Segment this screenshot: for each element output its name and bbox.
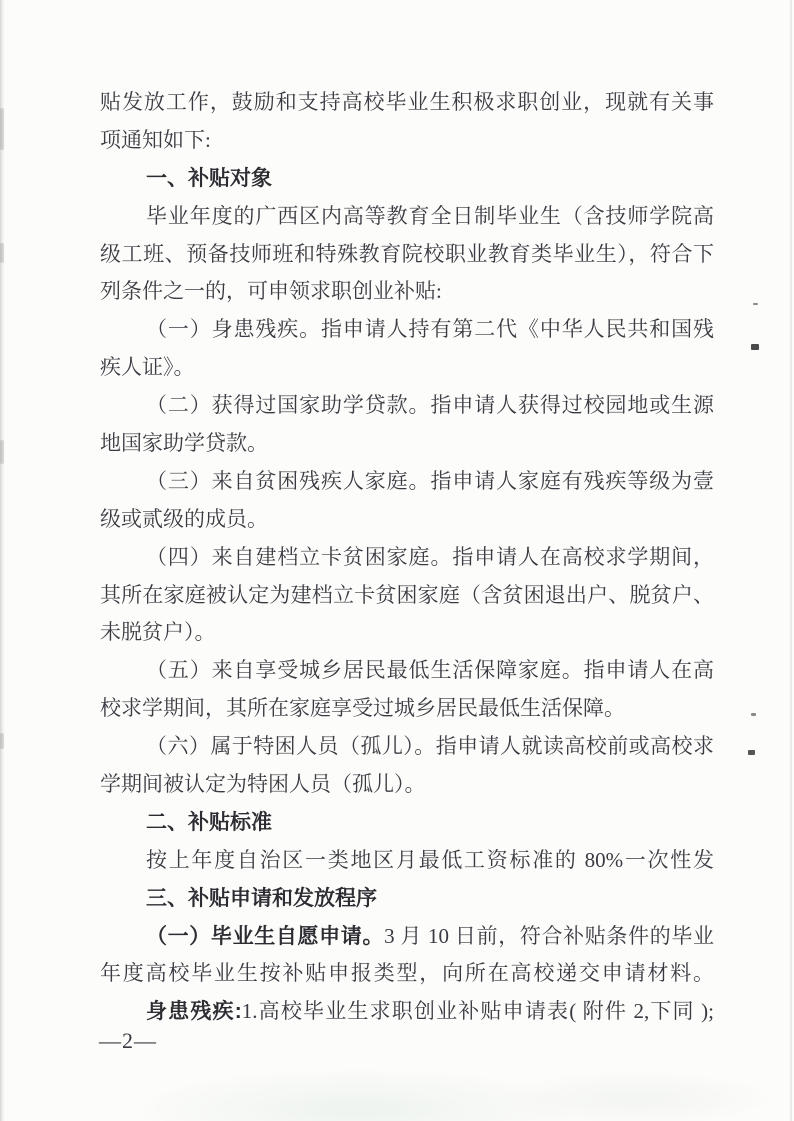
text-segment: 1.高校毕业生求职创业补贴申请表( 附件 2,下同 ); (242, 999, 714, 1023)
document-line: （一）身患残疾。指申请人持有第二代《中华人民共和国残 (100, 311, 714, 349)
scan-speck (751, 713, 756, 716)
document-line: 身患残疾:1.高校毕业生求职创业补贴申请表( 附件 2,下同 ); (100, 993, 714, 1031)
document-line: 毕业年度的广西区内高等教育全日制毕业生（含技师学院高 (100, 198, 714, 236)
text-segment: 其所在家庭被认定为建档立卡贫困家庭（含贫困退出户、脱贫户、 (100, 583, 714, 607)
document-line: （二）获得过国家助学贷款。指申请人获得过校园地或生源 (100, 387, 714, 425)
text-segment: （一）身患残疾。指申请人持有第二代《中华人民共和国残 (146, 317, 714, 341)
document-line: 疾人证》。 (100, 349, 714, 387)
document-line: （一）毕业生自愿申请。3 月 10 日前，符合补贴条件的毕业 (100, 918, 714, 956)
scan-edge-smudge (0, 243, 4, 263)
text-segment: （二）获得过国家助学贷款。指申请人获得过校园地或生源 (146, 393, 714, 417)
document-body: 贴发放工作，鼓励和支持高校毕业生积极求职创业，现就有关事项通知如下:一、补贴对象… (100, 84, 714, 1031)
text-segment: 校求学期间，其所在家庭享受过城乡居民最低生活保障。 (100, 696, 625, 720)
text-segment: 疾人证》。 (100, 355, 195, 379)
document-line: 一、补贴对象 (100, 160, 714, 198)
document-line: 校求学期间，其所在家庭享受过城乡居民最低生活保障。 (100, 690, 714, 728)
document-line: 学期间被认定为特困人员（孤儿）。 (100, 766, 714, 804)
text-segment: （六）属于特困人员（孤儿）。指申请人就读高校前或高校求 (146, 734, 714, 758)
scanned-document-page: 贴发放工作，鼓励和支持高校毕业生积极求职创业，现就有关事项通知如下:一、补贴对象… (0, 0, 794, 1121)
text-segment: 级或贰级的成员。 (100, 507, 268, 531)
document-line: （六）属于特困人员（孤儿）。指申请人就读高校前或高校求 (100, 728, 714, 766)
bold-text-segment: 身患残疾: (146, 1000, 242, 1023)
text-segment: 项通知如下: (100, 128, 211, 152)
document-line: 其所在家庭被认定为建档立卡贫困家庭（含贫困退出户、脱贫户、 (100, 577, 714, 615)
document-line: 二、补贴标准 (100, 804, 714, 842)
text-segment: 未脱贫户）。 (100, 620, 216, 644)
document-line: 级工班、预备技师班和特殊教育院校职业教育类毕业生），符合下 (100, 236, 714, 274)
bold-text-segment: （一）毕业生自愿申请。 (146, 925, 384, 948)
document-line: 贴发放工作，鼓励和支持高校毕业生积极求职创业，现就有关事 (100, 84, 714, 122)
text-segment: （四）来自建档立卡贫困家庭。指申请人在高校求学期间， (146, 545, 714, 569)
scan-edge-smudge (0, 440, 4, 464)
text-segment: （五）来自享受城乡居民最低生活保障家庭。指申请人在高 (146, 658, 714, 682)
text-segment: 学期间被认定为特困人员（孤儿）。 (100, 772, 426, 796)
document-line: 项通知如下: (100, 122, 714, 160)
document-line: （五）来自享受城乡居民最低生活保障家庭。指申请人在高 (100, 652, 714, 690)
scan-edge-smudge (0, 108, 4, 150)
text-segment: 地国家助学贷款。 (100, 431, 268, 455)
bold-text-segment: 二、补贴标准 (146, 811, 272, 834)
bold-text-segment: 三、补贴申请和发放程序 (146, 887, 377, 910)
document-line: 按上年度自治区一类地区月最低工资标准的 80%一次性发放。 (100, 842, 714, 880)
bold-text-segment: 一、补贴对象 (146, 167, 272, 190)
text-segment: 列条件之一的，可申领求职创业补贴: (100, 279, 442, 303)
document-line: 三、补贴申请和发放程序 (100, 880, 714, 918)
document-line: 列条件之一的，可申领求职创业补贴: (100, 273, 714, 311)
page-number: —2— (99, 1028, 157, 1054)
scan-edge-smudge (0, 733, 4, 749)
text-segment: 3 月 10 日前，符合补贴条件的毕业 (384, 924, 714, 948)
scan-speck (753, 303, 758, 305)
document-line: （三）来自贫困残疾人家庭。指申请人家庭有残疾等级为壹 (100, 463, 714, 501)
document-line: 未脱贫户）。 (100, 614, 714, 652)
text-segment: 毕业年度的广西区内高等教育全日制毕业生（含技师学院高 (146, 204, 714, 228)
document-line: （四）来自建档立卡贫困家庭。指申请人在高校求学期间， (100, 539, 714, 577)
document-line: 地国家助学贷款。 (100, 425, 714, 463)
scan-speck (748, 750, 755, 755)
scan-left-edge (0, 0, 5, 1121)
document-line: 年度高校毕业生按补贴申报类型，向所在高校递交申请材料。 (100, 955, 714, 993)
document-line: 级或贰级的成员。 (100, 501, 714, 539)
text-segment: 按上年度自治区一类地区月最低工资标准的 80%一次性发放。 (146, 848, 714, 880)
text-segment: （三）来自贫困残疾人家庭。指申请人家庭有残疾等级为壹 (146, 469, 714, 493)
scan-right-edge (789, 0, 792, 1121)
text-segment: 年度高校毕业生按补贴申报类型，向所在高校递交申请材料。 (100, 961, 714, 985)
scan-speck (751, 344, 759, 350)
text-segment: 级工班、预备技师班和特殊教育院校职业教育类毕业生），符合下 (100, 242, 714, 266)
text-segment: 贴发放工作，鼓励和支持高校毕业生积极求职创业，现就有关事 (100, 90, 714, 114)
